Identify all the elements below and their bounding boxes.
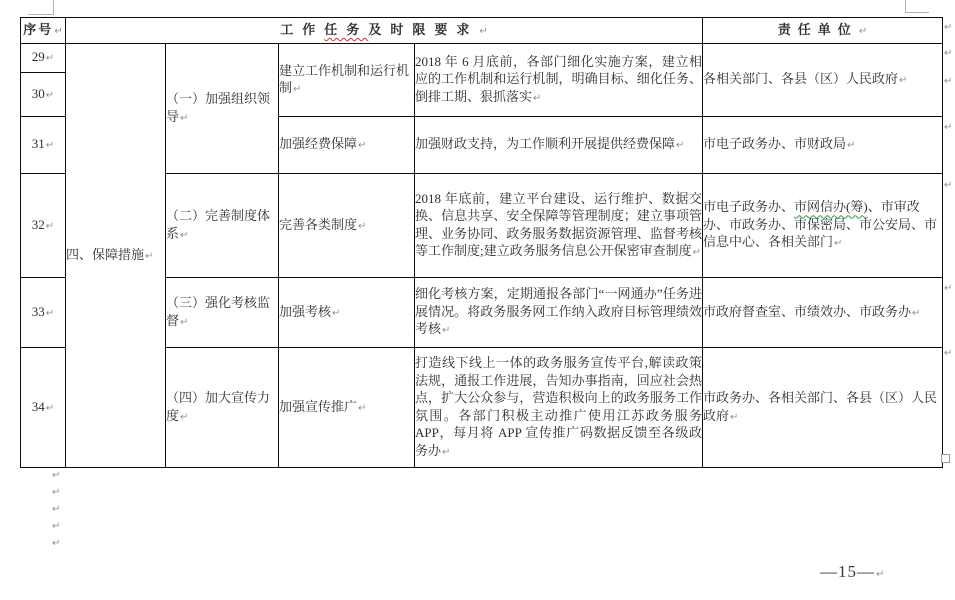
unit-34-text: 市政务办、各相关部门、各县（区）人民政府 <box>703 390 937 423</box>
pilcrow-mark: ↵ <box>875 569 884 580</box>
unit-32-text-pre: 市电子政务办、 <box>703 199 794 214</box>
cell-unit-34[interactable]: 市政务办、各相关部门、各县（区）人民政府↵ <box>703 348 943 468</box>
pilcrow-mark: ↵ <box>45 403 54 414</box>
pilcrow-mark: ↵ <box>729 412 738 423</box>
pilcrow-mark: ↵ <box>357 221 366 232</box>
cell-task-33[interactable]: 加强考核↵ <box>279 278 415 348</box>
serial-31: 31 <box>32 136 45 151</box>
header-cell-task[interactable]: 工作任务及时限要求↵ <box>66 18 703 44</box>
unit-33-text: 市政府督查室、市绩效办、市政务办 <box>703 304 911 319</box>
cell-detail-32[interactable]: 2018 年底前，建立平台建设、运行维护、数据交换、信息共享、安全保障等管理制度… <box>415 174 703 278</box>
pilcrow-mark: ↵ <box>675 140 684 151</box>
unit-32-text-typo: 市网信办(筹) <box>794 199 868 214</box>
cell-category-safeguard[interactable]: 四、保障措施↵ <box>66 44 166 468</box>
pilcrow-mark: ↵ <box>833 238 842 249</box>
unit-29-30-text: 各相关部门、各县（区）人民政府 <box>703 71 898 86</box>
cell-task-31[interactable]: 加强经费保障↵ <box>279 117 415 174</box>
detail-32-text: 2018 年底前，建立平台建设、运行维护、数据交换、信息共享、安全保障等管理制度… <box>415 191 702 259</box>
pilcrow-mark: ↵ <box>692 247 701 258</box>
cell-task-32[interactable]: 完善各类制度↵ <box>279 174 415 278</box>
pilcrow-mark: ↵ <box>441 447 450 458</box>
cropped-object-corner-left <box>28 0 54 15</box>
pilcrow-mark: ↵ <box>846 140 855 151</box>
task-33-label: 加强考核 <box>279 304 331 319</box>
cell-serial-29[interactable]: 29↵ <box>21 44 66 73</box>
row-end-mark: ↵ <box>944 22 952 33</box>
cell-detail-34[interactable]: 打造线下线上一体的政务服务宣传平台,解读政策法规，通报工作进展，告知办事指南，回… <box>415 348 703 468</box>
pilcrow-mark: ↵ <box>911 308 920 319</box>
document-page: 序号↵ 工作任务及时限要求↵ 责任单位↵ 29↵ 四、保障措施↵ （一）加强组织… <box>0 0 955 600</box>
pilcrow-mark: ↵ <box>45 308 54 319</box>
cell-task-34[interactable]: 加强宣传推广↵ <box>279 348 415 468</box>
cell-detail-31[interactable]: 加强财政支持，为工作顺利开展提供经费保障↵ <box>415 117 703 174</box>
pilcrow-mark: ↵ <box>478 26 487 37</box>
header-task-label-post: 及时限要求 <box>368 22 478 37</box>
table-row-29: 29↵ 四、保障措施↵ （一）加强组织领导↵ 建立工作机制和运行机制↵ 2018… <box>21 44 943 73</box>
pilcrow-mark: ↵ <box>898 75 907 86</box>
cell-serial-32[interactable]: 32↵ <box>21 174 66 278</box>
empty-paragraph-mark: ↵ <box>52 538 60 549</box>
row-end-mark: ↵ <box>944 180 952 191</box>
header-cell-serial[interactable]: 序号↵ <box>21 18 66 44</box>
empty-paragraph-mark: ↵ <box>52 521 60 532</box>
cell-serial-31[interactable]: 31↵ <box>21 117 66 174</box>
cell-unit-33[interactable]: 市政府督查室、市绩效办、市政务办↵ <box>703 278 943 348</box>
pilcrow-mark: ↵ <box>292 84 301 95</box>
cell-group-1[interactable]: （一）加强组织领导↵ <box>166 44 279 174</box>
task-34-label: 加强宣传推广 <box>279 399 357 414</box>
detail-29-30-text: 2018 年 6 月底前，各部门细化实施方案，建立相应的工作机制和运行机制，明确… <box>415 54 702 104</box>
cell-detail-33[interactable]: 细化考核方案，定期通报各部门“一网通办”任务进展情况。将政务服务网工作纳入政府目… <box>415 278 703 348</box>
empty-paragraph-mark: ↵ <box>52 487 60 498</box>
cropped-object-corner-right <box>905 0 929 13</box>
header-task-label-typo: 任务 <box>324 22 368 37</box>
header-task-label-pre: 工作 <box>280 22 324 37</box>
task-31-label: 加强经费保障 <box>279 136 357 151</box>
cell-detail-29-30[interactable]: 2018 年 6 月底前，各部门细化实施方案，建立相应的工作机制和运行机制，明确… <box>415 44 703 117</box>
cell-unit-29-30[interactable]: 各相关部门、各县（区）人民政府↵ <box>703 44 943 117</box>
pilcrow-mark: ↵ <box>331 308 340 319</box>
header-unit-label: 责任单位 <box>778 22 858 37</box>
serial-34: 34 <box>32 399 45 414</box>
detail-33-text: 细化考核方案，定期通报各部门“一网通办”任务进展情况。将政务服务网工作纳入政府目… <box>415 286 702 336</box>
pilcrow-mark: ↵ <box>357 140 366 151</box>
pilcrow-mark: ↵ <box>179 230 188 241</box>
cell-group-4[interactable]: （四）加大宣传力度↵ <box>166 348 279 468</box>
pilcrow-mark: ↵ <box>179 412 188 423</box>
cell-unit-32[interactable]: 市电子政务办、市网信办(筹)、市审改办、市政务办、市保密局、市公安局、市信息中心… <box>703 174 943 278</box>
cell-group-2[interactable]: （二）完善制度体系↵ <box>166 174 279 278</box>
work-task-table: 序号↵ 工作任务及时限要求↵ 责任单位↵ 29↵ 四、保障措施↵ （一）加强组织… <box>20 17 943 468</box>
row-end-mark: ↵ <box>944 348 952 359</box>
pilcrow-mark: ↵ <box>53 26 62 37</box>
cell-serial-30[interactable]: 30↵ <box>21 73 66 117</box>
detail-34-text: 打造线下线上一体的政务服务宣传平台,解读政策法规，通报工作进展，告知办事指南，回… <box>415 355 702 458</box>
page-number: —15—↵ <box>820 562 884 582</box>
task-32-label: 完善各类制度 <box>279 217 357 232</box>
category-label: 四、保障措施 <box>66 247 144 262</box>
header-serial-label: 序号 <box>23 22 53 37</box>
pilcrow-mark: ↵ <box>144 251 153 262</box>
cell-task-29-30[interactable]: 建立工作机制和运行机制↵ <box>279 44 415 117</box>
pilcrow-mark: ↵ <box>179 317 188 328</box>
table-resize-handle[interactable] <box>941 454 950 463</box>
pilcrow-mark: ↵ <box>532 93 541 104</box>
page-number-text: —15— <box>820 562 875 581</box>
pilcrow-mark: ↵ <box>179 113 188 124</box>
row-end-mark: ↵ <box>944 283 952 294</box>
cell-group-3[interactable]: （三）强化考核监督↵ <box>166 278 279 348</box>
pilcrow-mark: ↵ <box>45 140 54 151</box>
header-cell-unit[interactable]: 责任单位↵ <box>703 18 943 44</box>
pilcrow-mark: ↵ <box>441 325 450 336</box>
serial-32: 32 <box>32 217 45 232</box>
serial-30: 30 <box>32 86 45 101</box>
pilcrow-mark: ↵ <box>357 403 366 414</box>
table-header-row: 序号↵ 工作任务及时限要求↵ 责任单位↵ <box>21 18 943 44</box>
empty-paragraph-mark: ↵ <box>52 470 60 481</box>
pilcrow-mark: ↵ <box>858 26 867 37</box>
pilcrow-mark: ↵ <box>45 53 54 64</box>
serial-33: 33 <box>32 304 45 319</box>
cell-unit-31[interactable]: 市电子政务办、市财政局↵ <box>703 117 943 174</box>
cell-serial-33[interactable]: 33↵ <box>21 278 66 348</box>
cell-serial-34[interactable]: 34↵ <box>21 348 66 468</box>
row-end-mark: ↵ <box>944 122 952 133</box>
row-end-mark: ↵ <box>944 48 952 59</box>
pilcrow-mark: ↵ <box>45 221 54 232</box>
serial-29: 29 <box>32 49 45 64</box>
row-end-mark: ↵ <box>944 76 952 87</box>
pilcrow-mark: ↵ <box>45 90 54 101</box>
detail-31-text: 加强财政支持，为工作顺利开展提供经费保障 <box>415 136 675 151</box>
unit-31-text: 市电子政务办、市财政局 <box>703 136 846 151</box>
empty-paragraph-mark: ↵ <box>52 504 60 515</box>
